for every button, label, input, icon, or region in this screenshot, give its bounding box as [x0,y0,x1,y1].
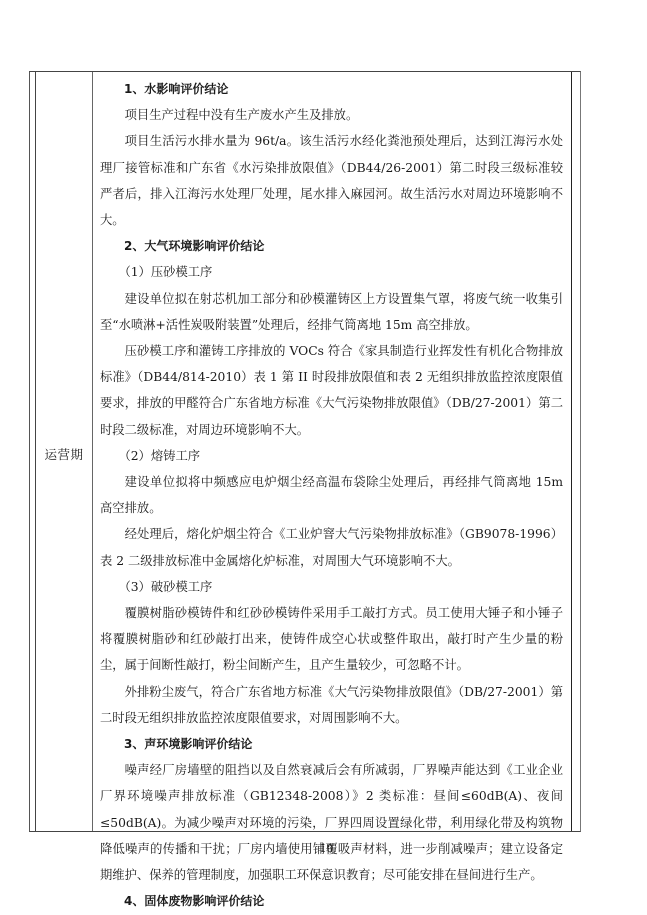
document-page: 运营期 1、水影响评价结论 项目生产过程中没有生产废水产生及排放。 项目生活污水… [0,0,647,915]
paragraph: 建设单位拟将中频感应电炉烟尘经高温布袋除尘处理后，再经排气筒离地 15m 高空排… [100,469,563,521]
subsection-heading: （3）破砂模工序 [100,574,563,600]
conclusion-column: 1、水影响评价结论 项目生产过程中没有生产废水产生及排放。 项目生活污水排水量为… [93,72,571,831]
section-heading-air: 2、大气环境影响评价结论 [100,233,563,259]
page-number: 10 [0,842,647,855]
subsection-heading: （1）压砂模工序 [100,259,563,285]
subsection-heading: （2）熔铸工序 [100,443,563,469]
paragraph: 外排粉尘废气，符合广东省地方标准《大气污染物排放限值》（DB/27-2001）第… [100,679,563,731]
section-heading-solid-waste: 4、固体废物影响评价结论 [100,888,563,914]
section-heading-water: 1、水影响评价结论 [100,76,563,102]
section-heading-noise: 3、声环境影响评价结论 [100,731,563,757]
paragraph: 项目生产过程中没有生产废水产生及排放。 [100,102,563,128]
assessment-table: 运营期 1、水影响评价结论 项目生产过程中没有生产废水产生及排放。 项目生活污水… [35,72,572,831]
paragraph: 噪声经厂房墙壁的阻挡以及自然衰减后会有所减弱，厂界噪声能达到《工业企业厂界环境噪… [100,757,563,888]
phase-label: 运营期 [36,445,92,463]
paragraph: 压砂模工序和灌铸工序排放的 VOCs 符合《家具制造行业挥发性有机化合物排放标准… [100,338,563,443]
paragraph: 覆膜树脂砂模铸件和红砂砂模铸件采用手工敲打方式。员工使用大锤子和小锤子将覆膜树脂… [100,600,563,679]
paragraph: 建设单位拟在射芯机加工部分和砂模灌铸区上方设置集气罩，将废气统一收集引至“水喷淋… [100,286,563,338]
paragraph: 经处理后，熔化炉烟尘符合《工业炉窨大气污染物排放标准》（GB9078-1996）… [100,521,563,573]
phase-column: 运营期 [36,72,93,831]
paragraph: 项目生活污水排水量为 96t/a。该生活污水经化粪池预处理后，达到江海污水处理厂… [100,128,563,233]
